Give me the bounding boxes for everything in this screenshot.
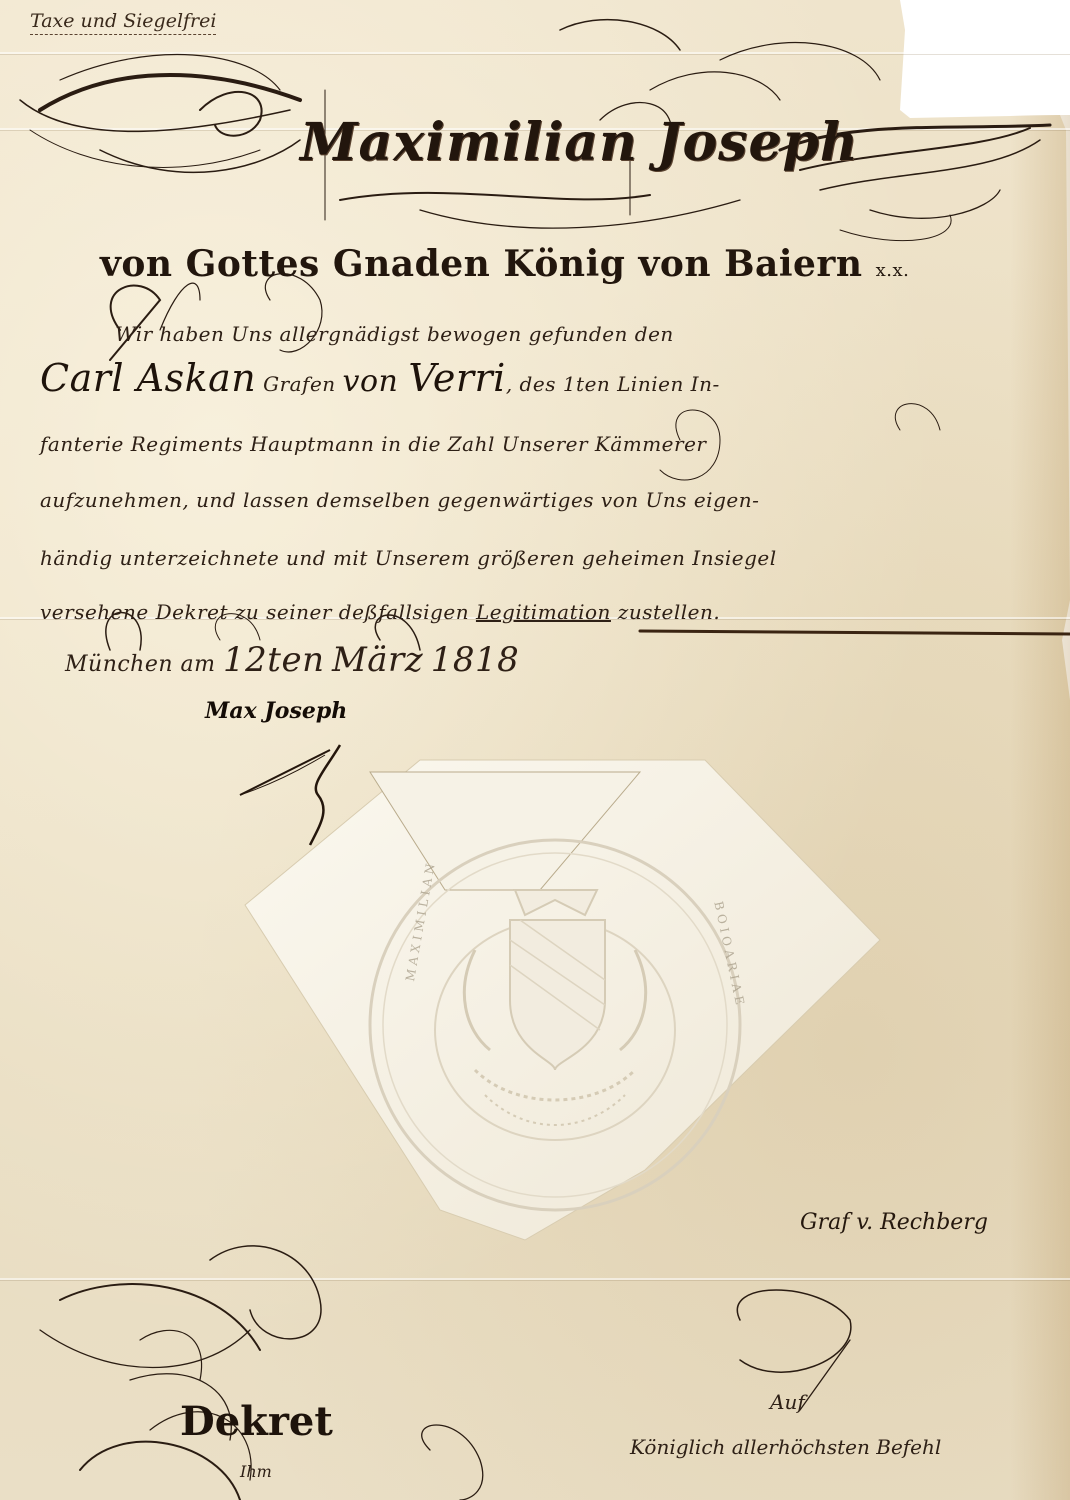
body-line-3: fanterie Regiments Hauptmann in die Zahl… [40, 432, 1050, 456]
body-line-2: Carl Askan Grafen von Verri, des 1ten Li… [40, 356, 1050, 400]
recipient-rank: , des 1ten Linien In- [506, 372, 720, 396]
line-6-part-a: versehene Dekret zu seiner deßfallsigen [40, 600, 476, 624]
seal-graphic [225, 750, 925, 1250]
recipient-first-name: Carl Askan [40, 356, 256, 400]
document-title-subtitle: von Gottes Gnaden König von Baiern x.x. [100, 243, 909, 285]
closing-dekret-sub: Ihm [240, 1462, 272, 1481]
date-place: München am [65, 652, 216, 677]
recipient-surname: Verri [408, 356, 505, 400]
date-month: März [332, 640, 423, 680]
top-note-tax-free: Taxe und Siegelfrei [30, 10, 216, 35]
signature-minister: Graf v. Rechberg [800, 1210, 988, 1235]
signature-king: Max Joseph [205, 698, 347, 724]
document-title-king-name: Maximilian Joseph [300, 112, 859, 173]
closing-royal-command: Königlich allerhöchsten Befehl [630, 1435, 941, 1459]
body-line-6: versehene Dekret zu seiner deßfallsigen … [40, 600, 1050, 624]
subtitle-text: von Gottes Gnaden König von Baiern [100, 243, 863, 285]
embossed-seal: MAXIMILIAN BOIOARIAE [225, 750, 925, 1250]
body-line-1: Wir haben Uns allergnädigst bewogen gefu… [115, 322, 1070, 346]
date-year: 1818 [431, 640, 520, 680]
legitimation-underlined: Legitimation [476, 600, 611, 624]
subtitle-etc: x.x. [876, 260, 910, 281]
body-line-5: händig unterzeichnete und mit Unserem gr… [40, 546, 1050, 570]
body-line-4: aufzunehmen, und lassen demselben gegenw… [40, 488, 1050, 512]
date-line: München am 12ten März 1818 [65, 640, 1070, 680]
recipient-title: Grafen [256, 372, 342, 396]
closing-dekret: Dekret [180, 1398, 333, 1445]
recipient-von: von [343, 364, 409, 399]
closing-auf: Auf [770, 1390, 805, 1414]
date-day: 12ten [223, 640, 324, 680]
line-6-part-b: zustellen. [611, 600, 720, 624]
